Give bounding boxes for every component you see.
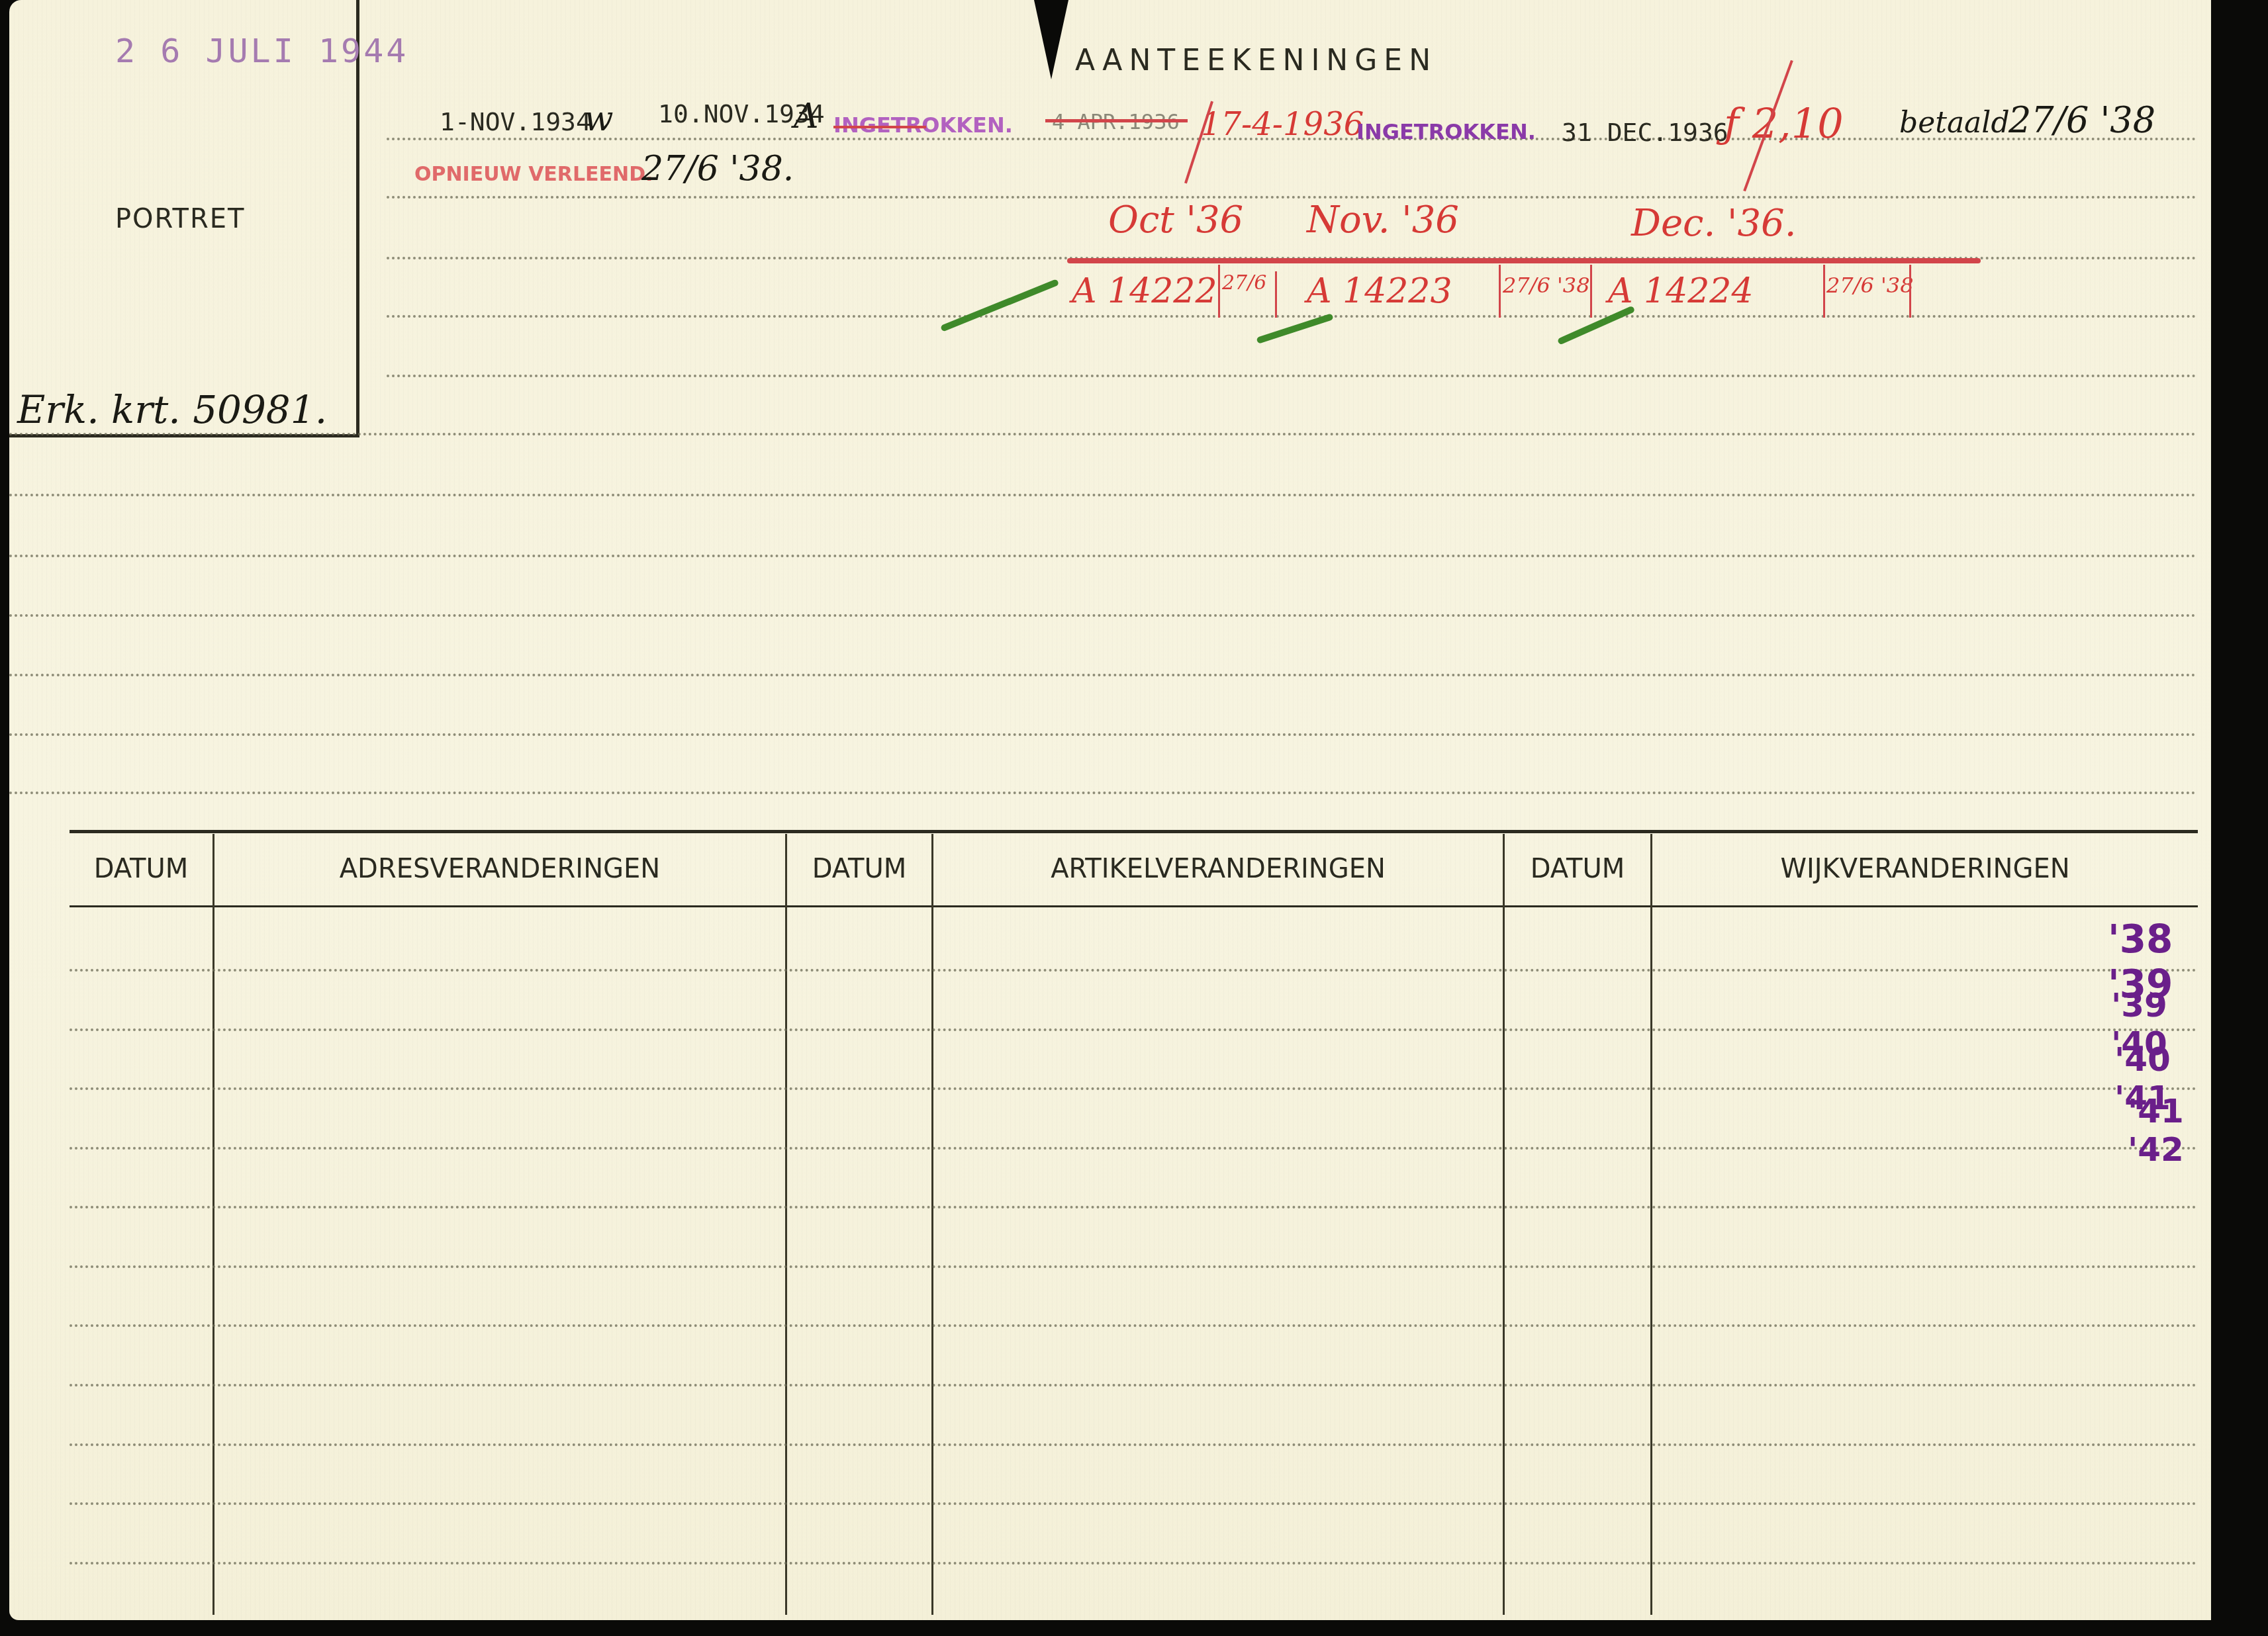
- month-nov: Nov. '36: [1307, 199, 1459, 242]
- column-divider: [785, 834, 787, 1615]
- note-line: [9, 494, 2197, 496]
- card-notch: [1034, 0, 1068, 79]
- table-row-line: [70, 1502, 2198, 1505]
- note-line: [387, 375, 2197, 377]
- red-separator: [1499, 265, 1501, 318]
- header-datum-1: DATUM: [70, 854, 213, 884]
- red-separator: [1909, 265, 1911, 318]
- green-check: [1557, 306, 1635, 345]
- note-line: [9, 792, 2197, 794]
- note-line: [9, 614, 2197, 617]
- betaald-text: betaald: [1899, 106, 2010, 140]
- table-row-line: [70, 1562, 2198, 1565]
- reissue-date: 27/6 '38.: [641, 149, 794, 189]
- red-separator: [1823, 265, 1825, 318]
- month-oct: Oct '36: [1108, 199, 1243, 242]
- header-adresveranderingen: ADRESVERANDERINGEN: [214, 854, 785, 884]
- column-divider: [931, 834, 933, 1615]
- table-top-rule: [70, 830, 2198, 833]
- column-divider: [1650, 834, 1652, 1615]
- entry-date-3: 27/6 '38: [1826, 273, 1914, 298]
- table-row-line: [70, 1206, 2198, 1208]
- stamp-ingetrokken-2: INGETROKKEN.: [1356, 119, 1536, 144]
- strike-line: [1045, 119, 1188, 122]
- strike-line: [833, 126, 926, 128]
- header-artikelveranderingen: ARTIKELVERANDERINGEN: [933, 854, 1503, 884]
- registration-card: 2 6 JULI 1944 PORTRET Erk. krt. 50981. A…: [9, 0, 2211, 1620]
- table-row-line: [70, 1324, 2198, 1327]
- portrait-label: PORTRET: [115, 204, 245, 234]
- note-line: [387, 196, 2197, 199]
- entry-date-1: 27/6: [1222, 271, 1266, 295]
- red-separator: [1275, 271, 1277, 318]
- stamp-date-4: 31 DEC.1936: [1562, 118, 1728, 147]
- note-line: [9, 433, 2197, 435]
- entry-code-3: A 14224: [1608, 271, 1754, 311]
- red-separator: [1218, 265, 1220, 318]
- stamp-opnieuw-verleend: OPNIEUW VERLEEND.: [414, 163, 653, 186]
- date-stamp: 2 6 JULI 1944: [115, 32, 408, 70]
- mark-a: A: [794, 97, 819, 136]
- header-wijkveranderingen: WIJKVERANDERINGEN: [1652, 854, 2198, 884]
- column-divider: [1503, 834, 1505, 1615]
- mark-w: w: [584, 99, 614, 139]
- header-datum-3: DATUM: [1505, 854, 1650, 884]
- column-divider: [213, 834, 214, 1615]
- entry-code-1: A 14222: [1072, 271, 1217, 311]
- red-rule: [1067, 258, 1981, 263]
- entry-date-2: 27/6 '38: [1503, 273, 1590, 298]
- green-check: [940, 279, 1059, 332]
- table-row-line: [70, 1147, 2198, 1150]
- table-row-line: [70, 1384, 2198, 1386]
- month-dec: Dec. '36.: [1631, 202, 1796, 245]
- note-line: [9, 674, 2197, 676]
- green-check: [1256, 313, 1333, 344]
- table-row-line: [70, 969, 2198, 972]
- table-row-line: [70, 1443, 2198, 1446]
- red-separator: [1590, 265, 1592, 318]
- hand-date-red: 17-4-1936: [1201, 106, 1364, 143]
- amount-red: ƒ 2,10: [1724, 99, 1844, 148]
- note-line: [9, 733, 2197, 736]
- note-line: [387, 315, 2197, 318]
- section-title: AANTEEKENINGEN: [1075, 44, 1437, 77]
- stamp-date-1: 1-NOV.1934: [440, 107, 591, 136]
- entry-code-2: A 14223: [1307, 271, 1452, 311]
- table-row-line: [70, 1265, 2198, 1268]
- stamp-ingetrokken-1: INGETROKKEN.: [833, 113, 1013, 138]
- table-row-line: [70, 1087, 2198, 1090]
- note-line: [9, 555, 2197, 557]
- reference-number: Erk. krt. 50981.: [17, 387, 327, 432]
- paid-date: 27/6 '38: [2008, 99, 2155, 141]
- wijk-stamp-4: '41 '42: [2128, 1092, 2211, 1169]
- table-header-rule: [70, 905, 2198, 907]
- header-datum-2: DATUM: [787, 854, 931, 884]
- table-row-line: [70, 1028, 2198, 1031]
